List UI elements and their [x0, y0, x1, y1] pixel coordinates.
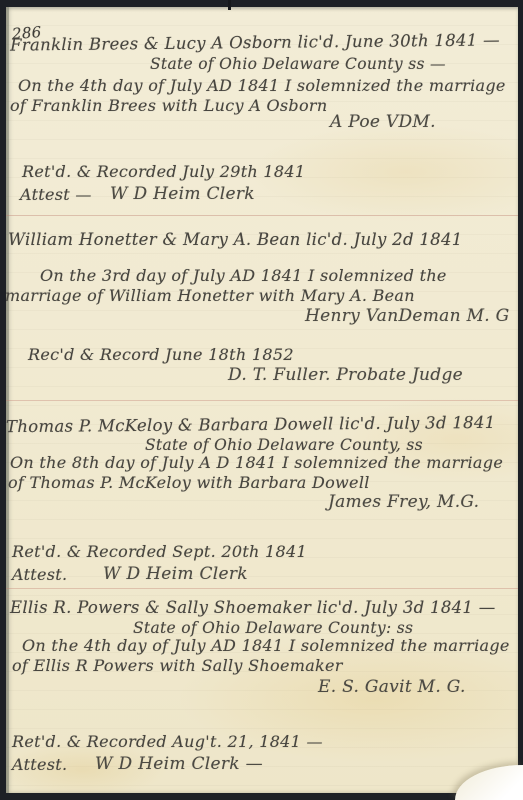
entry-1-body-line-2: of Franklin Brees with Lucy A Osborn — [10, 96, 327, 115]
entry-1-state-line: State of Ohio Delaware County ss — — [150, 55, 446, 73]
entry-3-body-line-2: of Thomas P. McKeloy with Barbara Dowell — [8, 473, 370, 492]
ledger-scan: 286 Franklin Brees & Lucy A Osborn lic'd… — [0, 0, 523, 800]
entry-1-clerk-signature: W D Heim Clerk — [110, 184, 255, 204]
entry-2-recorded-line: Rec'd & Record June 18th 1852 — [28, 345, 294, 364]
entry-4-recorded-line: Ret'd. & Recorded Aug't. 21, 1841 — — [12, 732, 323, 751]
entry-3-body-line-1: On the 8th day of July A D 1841 I solemn… — [10, 453, 503, 472]
entry-3-officiant-signature: James Frey, M.G. — [328, 492, 479, 512]
entry-4-state-line: State of Ohio Delaware County: ss — [133, 619, 413, 637]
entry-3-clerk-signature: W D Heim Clerk — [103, 564, 248, 584]
entry-2-body-line-1: On the 3rd day of July AD 1841 I solemni… — [40, 266, 447, 285]
entry-4-body-line-2: of Ellis R Powers with Sally Shoemaker — [12, 656, 343, 675]
section-divider — [6, 588, 518, 589]
entry-4-clerk-signature: W D Heim Clerk — — [95, 754, 263, 774]
entry-3-attest-label: Attest. — [12, 565, 67, 584]
entry-3-state-line: State of Ohio Delaware County, ss — [145, 436, 423, 454]
entry-4-body-line-1: On the 4th day of July AD 1841 I solemni… — [22, 636, 510, 655]
entry-2-heading: William Honetter & Mary A. Bean lic'd. J… — [8, 230, 463, 249]
section-divider — [6, 400, 518, 401]
entry-1-recorded-line: Ret'd. & Recorded July 29th 1841 — [22, 162, 305, 181]
entry-2-officiant-signature: Henry VanDeman M. G — [305, 306, 510, 326]
entry-3-recorded-line: Ret'd. & Recorded Sept. 20th 1841 — [12, 542, 307, 561]
entry-1-body-line-1: On the 4th day of July AD 1841 I solemni… — [18, 76, 506, 95]
entry-1-officiant-signature: A Poe VDM. — [330, 112, 436, 132]
entry-4-officiant-signature: E. S. Gavit M. G. — [318, 677, 466, 697]
entry-2-body-line-2: marriage of William Honetter with Mary A… — [5, 286, 415, 305]
entry-2-judge-signature: D. T. Fuller. Probate Judge — [228, 365, 463, 385]
entry-4-heading: Ellis R. Powers & Sally Shoemaker lic'd.… — [10, 598, 496, 617]
scan-artifact-tick — [228, 0, 231, 10]
entry-1-attest-label: Attest — — [20, 185, 92, 204]
section-divider — [6, 215, 518, 216]
entry-4-attest-label: Attest. — [12, 755, 67, 774]
